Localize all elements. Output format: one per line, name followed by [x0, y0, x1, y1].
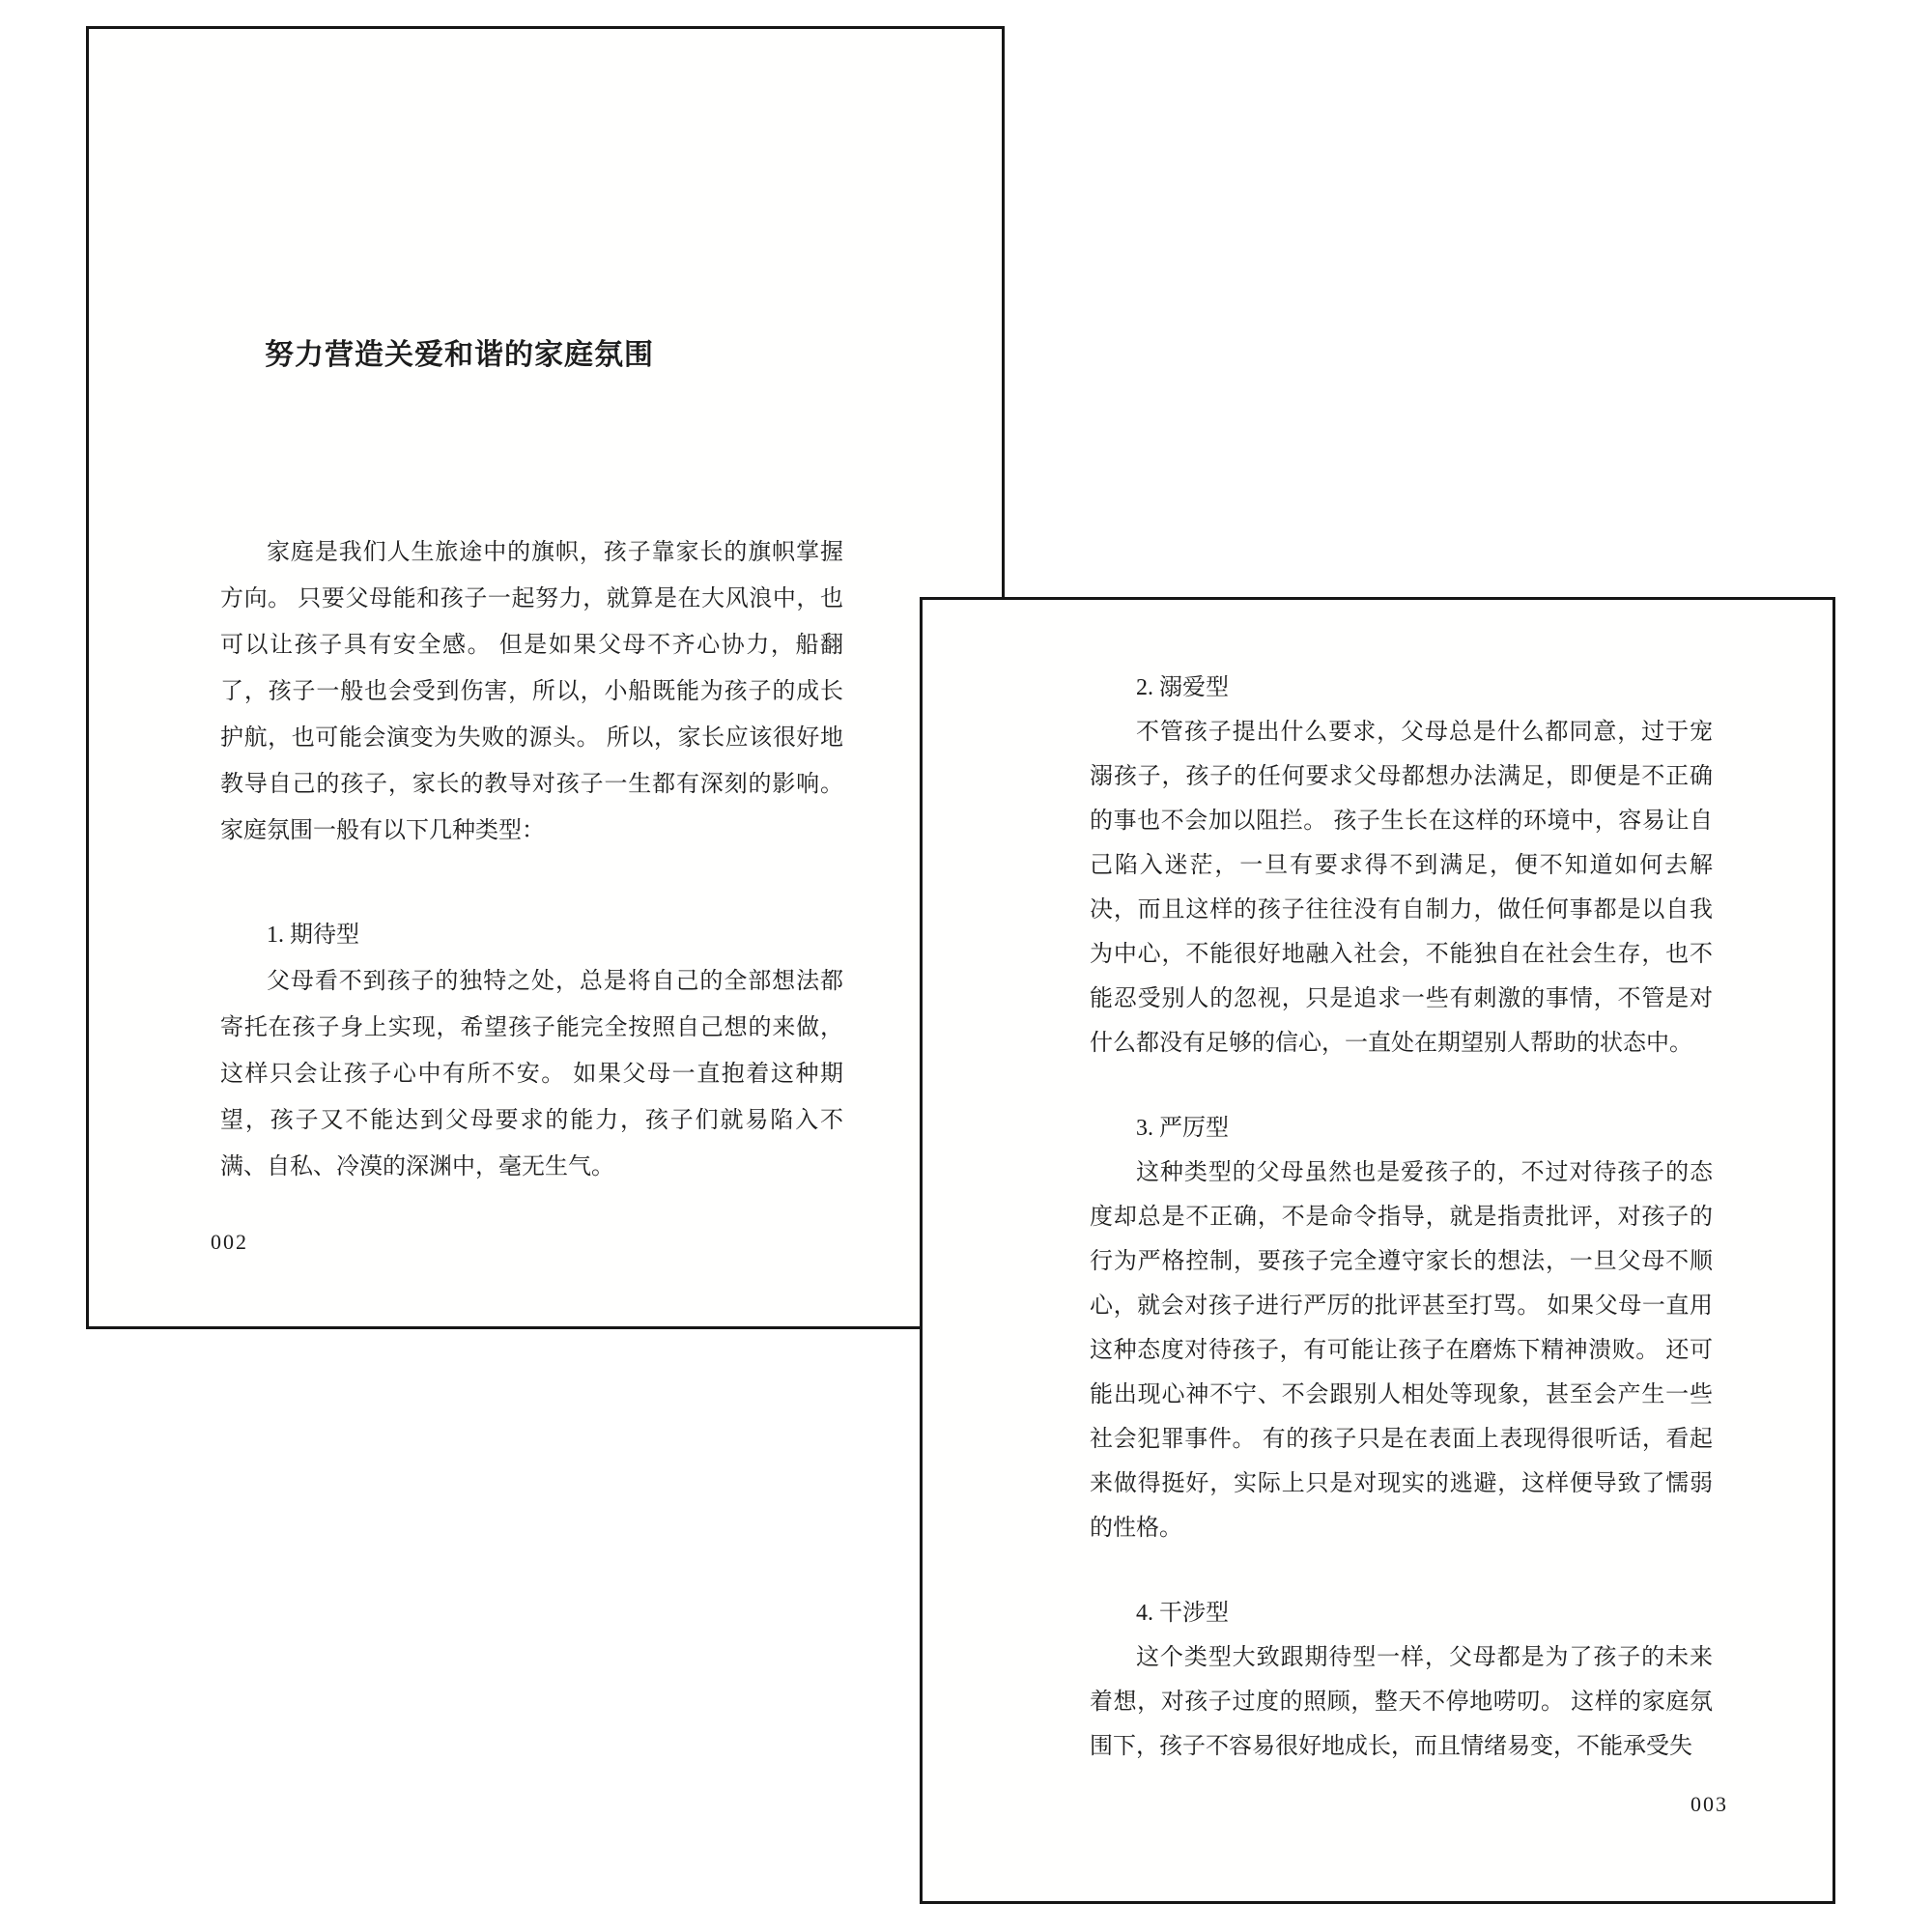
- book-page-left: 努力营造关爱和谐的家庭氛围 家庭是我们人生旅途中的旗帜，孩子靠家长的旗帜掌握方向…: [86, 26, 1005, 1329]
- text-line: 社会犯罪事件。 有的孩子只是在表面上表现得很听话，看起: [1090, 1417, 1713, 1462]
- page-number: 002: [211, 1230, 248, 1255]
- text-line: 教导自己的孩子，家长的教导对孩子一生都有深刻的影响。: [220, 761, 843, 808]
- section-heading: 1. 期待型: [220, 912, 843, 958]
- paragraph: 父母看不到孩子的独特之处，总是将自己的全部想法都寄托在孩子身上实现，希望孩子能完…: [220, 958, 843, 1190]
- text-line: 己陷入迷茫，一旦有要求得不到满足，便不知道如何去解: [1090, 843, 1713, 888]
- text-line: 溺孩子，孩子的任何要求父母都想办法满足，即便是不正确: [1090, 754, 1713, 799]
- text-line: 的事也不会加以阻拦。 孩子生长在这样的环境中，容易让自: [1090, 799, 1713, 843]
- text-line: 这样只会让孩子心中有所不安。 如果父母一直抱着这种期: [220, 1051, 843, 1097]
- paragraph: 不管孩子提出什么要求，父母总是什么都同意，过于宠溺孩子，孩子的任何要求父母都想办…: [1090, 710, 1713, 1065]
- text-line: 什么都没有足够的信心，一直处在期望别人帮助的状态中。: [1090, 1021, 1713, 1065]
- text-line: 方向。 只要父母能和孩子一起努力，就算是在大风浪中，也: [220, 576, 843, 622]
- text-line: 寄托在孩子身上实现，希望孩子能完全按照自己想的来做，: [220, 1005, 843, 1051]
- paragraph: 家庭是我们人生旅途中的旗帜，孩子靠家长的旗帜掌握方向。 只要父母能和孩子一起努力…: [220, 529, 843, 854]
- text-line: 了，孩子一般也会受到伤害，所以，小船既能为孩子的成长: [220, 668, 843, 715]
- page-number: 003: [1690, 1792, 1728, 1817]
- left-page-text-column: 家庭是我们人生旅途中的旗帜，孩子靠家长的旗帜掌握方向。 只要父母能和孩子一起努力…: [220, 529, 843, 1190]
- paragraph: 这种类型的父母虽然也是爱孩子的，不过对待孩子的态度却总是不正确，不是命令指导，就…: [1090, 1151, 1713, 1550]
- text-line: 家庭氛围一般有以下几种类型：: [220, 808, 843, 854]
- right-page-text-column: 2. 溺爱型不管孩子提出什么要求，父母总是什么都同意，过于宠溺孩子，孩子的任何要…: [1090, 666, 1713, 1769]
- text-line: 着想，对孩子过度的照顾，整天不停地唠叨。 这样的家庭氛: [1090, 1680, 1713, 1724]
- text-line: 可以让孩子具有安全感。 但是如果父母不齐心协力，船翻: [220, 622, 843, 668]
- text-line: 这种态度对待孩子，有可能让孩子在磨炼下精神溃败。 还可: [1090, 1328, 1713, 1373]
- text-line: 望，孩子又不能达到父母要求的能力，孩子们就易陷入不: [220, 1097, 843, 1144]
- section-heading: 4. 干涉型: [1090, 1591, 1713, 1635]
- text-line: 为中心，不能很好地融入社会，不能独自在社会生存，也不: [1090, 932, 1713, 977]
- text-line: 父母看不到孩子的独特之处，总是将自己的全部想法都: [220, 958, 843, 1005]
- text-line: 行为严格控制，要孩子完全遵守家长的想法，一旦父母不顺: [1090, 1239, 1713, 1284]
- text-line: 的性格。: [1090, 1506, 1713, 1550]
- text-line: 家庭是我们人生旅途中的旗帜，孩子靠家长的旗帜掌握: [220, 529, 843, 576]
- paragraph: 这个类型大致跟期待型一样，父母都是为了孩子的未来着想，对孩子过度的照顾，整天不停…: [1090, 1635, 1713, 1769]
- chapter-title: 努力营造关爱和谐的家庭氛围: [265, 330, 654, 373]
- book-page-right: 2. 溺爱型不管孩子提出什么要求，父母总是什么都同意，过于宠溺孩子，孩子的任何要…: [920, 597, 1835, 1904]
- text-line: 心，就会对孩子进行严厉的批评甚至打骂。 如果父母一直用: [1090, 1284, 1713, 1328]
- text-line: 这种类型的父母虽然也是爱孩子的，不过对待孩子的态: [1090, 1151, 1713, 1195]
- text-line: 能忍受别人的忽视，只是追求一些有刺激的事情，不管是对: [1090, 977, 1713, 1021]
- text-line: 能出现心神不宁、不会跟别人相处等现象，甚至会产生一些: [1090, 1373, 1713, 1417]
- section-heading: 2. 溺爱型: [1090, 666, 1713, 710]
- section-heading: 3. 严厉型: [1090, 1106, 1713, 1151]
- text-line: 度却总是不正确，不是命令指导，就是指责批评，对孩子的: [1090, 1195, 1713, 1239]
- text-line: 不管孩子提出什么要求，父母总是什么都同意，过于宠: [1090, 710, 1713, 754]
- text-line: 满、自私、冷漠的深渊中，毫无生气。: [220, 1144, 843, 1190]
- text-line: 决，而且这样的孩子往往没有自制力，做任何事都是以自我: [1090, 888, 1713, 932]
- text-line: 护航，也可能会演变为失败的源头。 所以，家长应该很好地: [220, 715, 843, 761]
- text-line: 围下，孩子不容易很好地成长，而且情绪易变，不能承受失: [1090, 1724, 1713, 1769]
- text-line: 来做得挺好，实际上只是对现实的逃避，这样便导致了懦弱: [1090, 1462, 1713, 1506]
- text-line: 这个类型大致跟期待型一样，父母都是为了孩子的未来: [1090, 1635, 1713, 1680]
